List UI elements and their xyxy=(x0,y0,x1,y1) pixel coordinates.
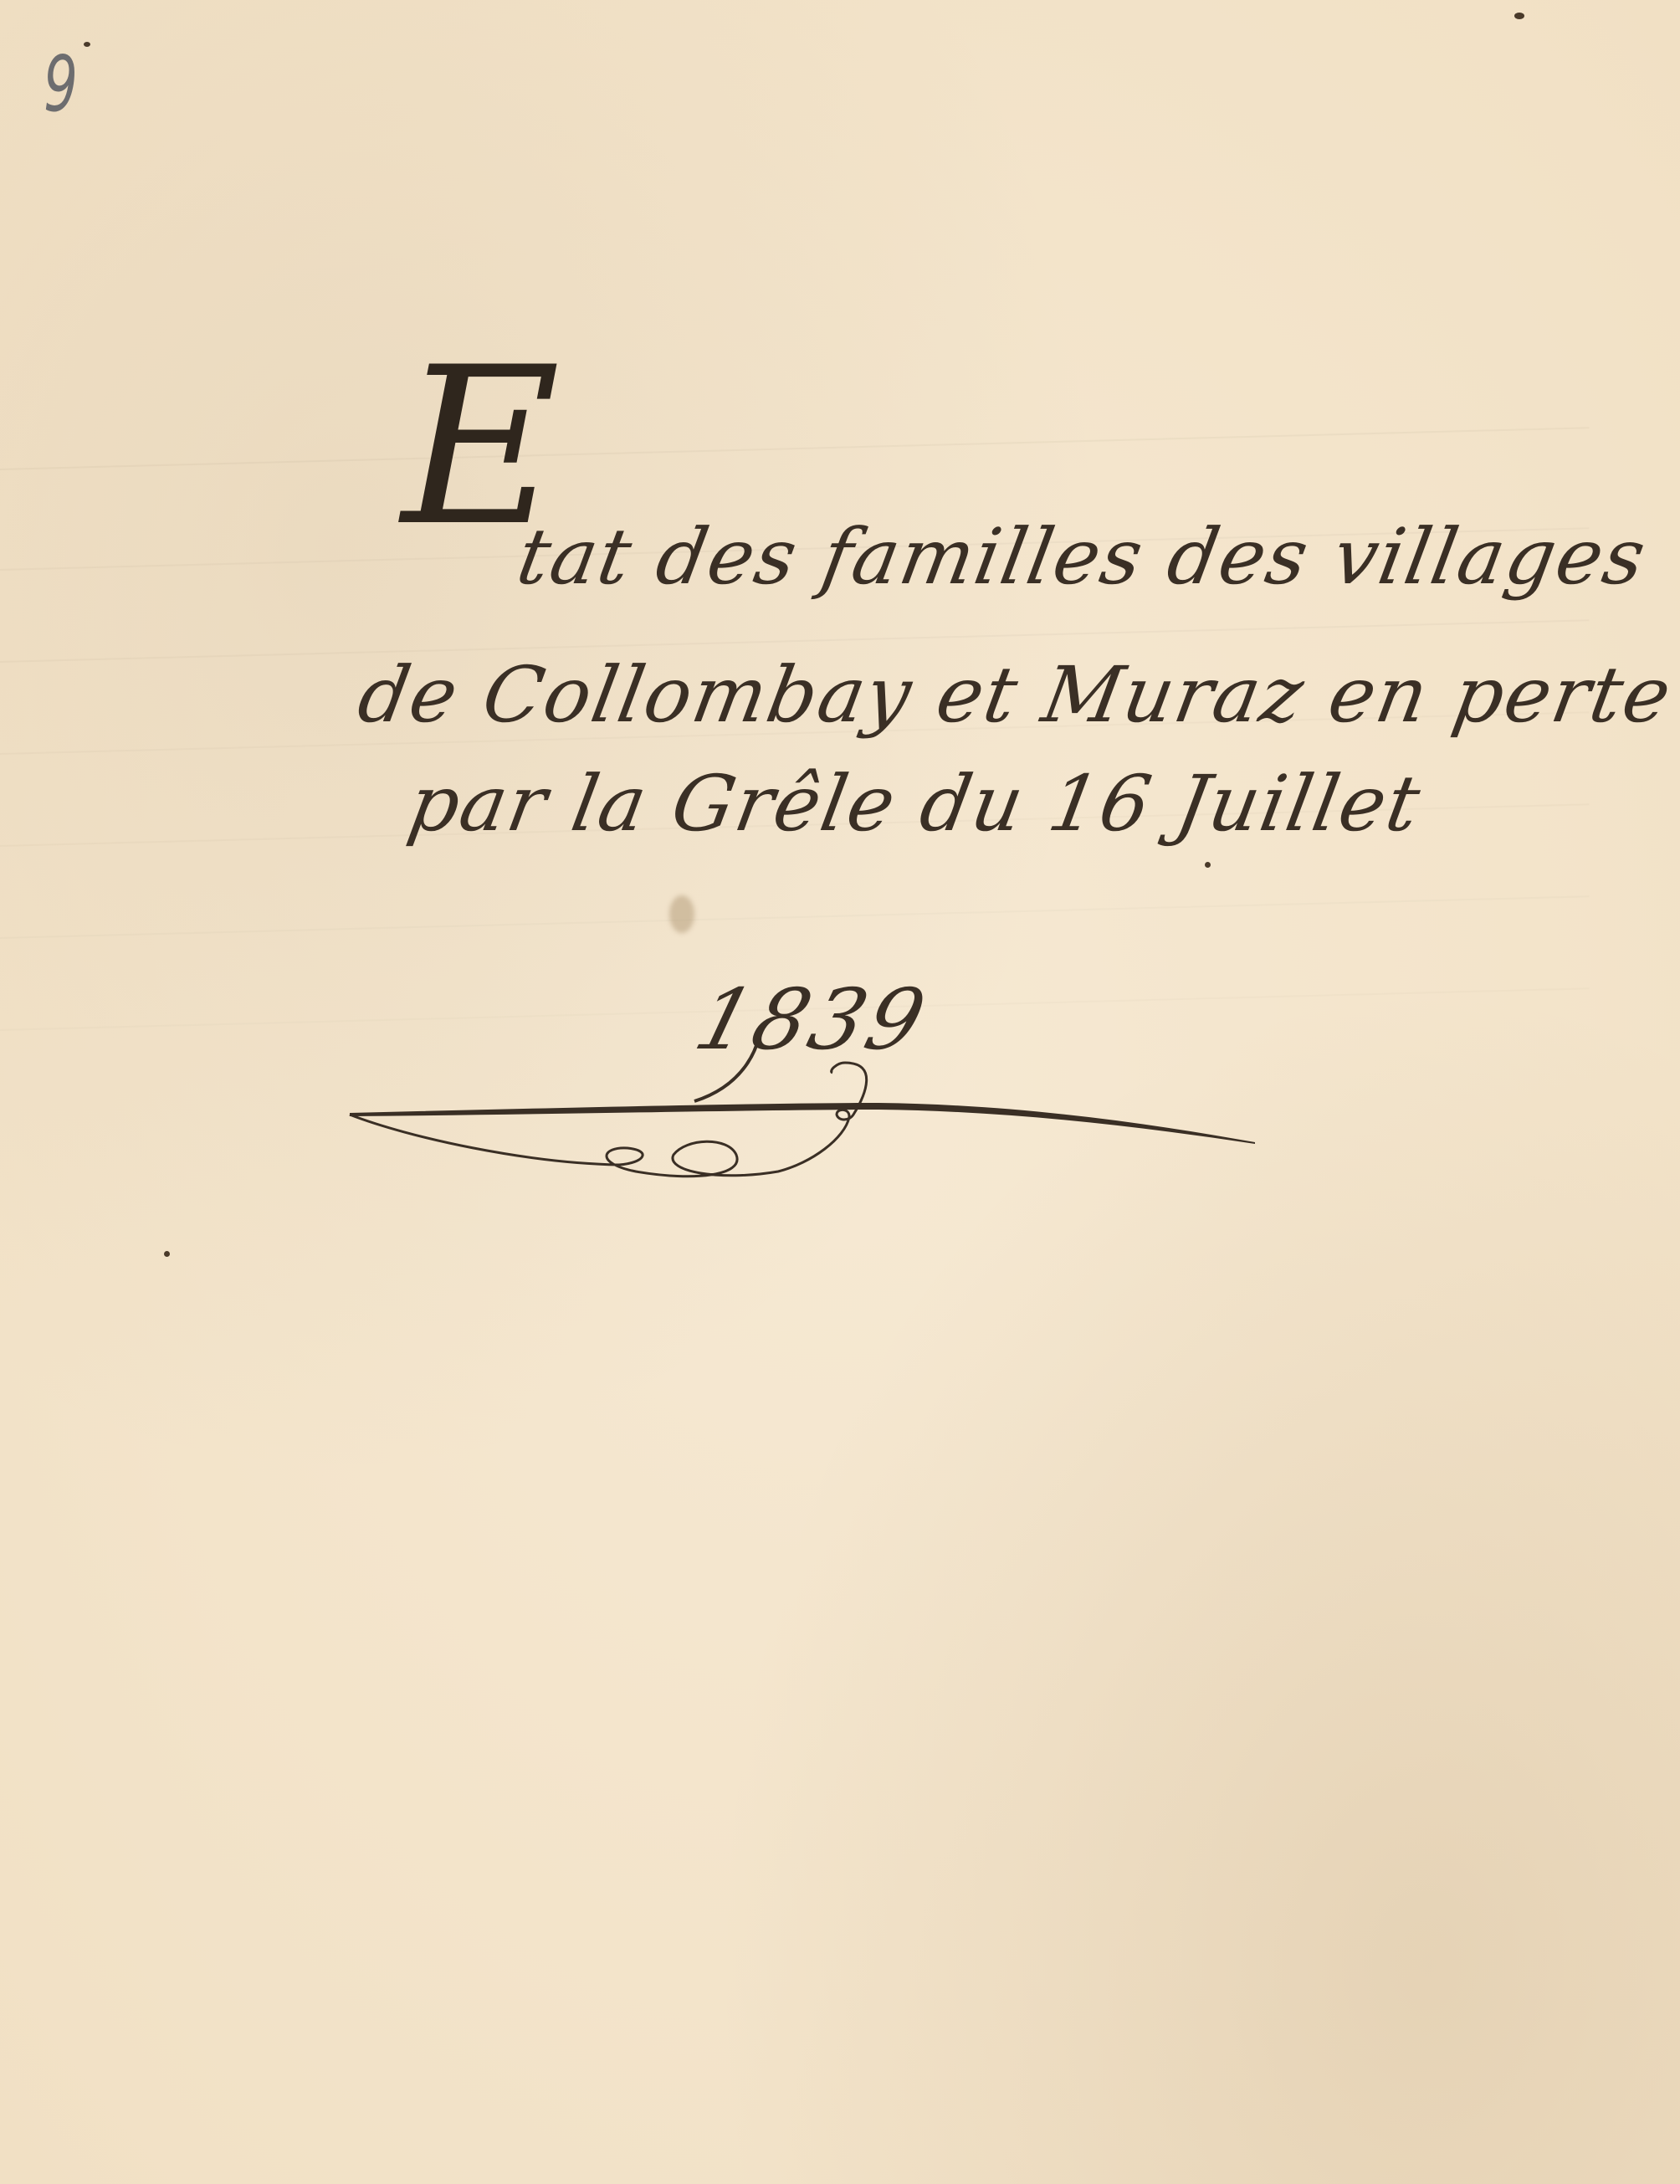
title-line-1-text: tat des familles des villages xyxy=(511,512,1653,602)
decorative-flourish-underline xyxy=(343,1038,1263,1188)
paper-speck xyxy=(84,42,90,47)
paper-speck xyxy=(1205,862,1211,868)
bleed-through-line xyxy=(0,427,1589,470)
archive-page-number: 9 xyxy=(44,46,78,123)
paper-speck xyxy=(1514,13,1524,19)
title-line-3: par la Grêle du 16 Juillet xyxy=(403,766,1426,843)
paper-speck xyxy=(164,1251,170,1257)
title-line-2: de Collombay et Muraz en perte xyxy=(353,657,1677,734)
bleed-through-line xyxy=(0,895,1589,939)
title-line-1: tat des familles des villages xyxy=(412,519,1652,596)
manuscript-page: 9 E tat des familles des villages de Col… xyxy=(0,0,1680,2184)
ink-stain xyxy=(669,895,694,933)
